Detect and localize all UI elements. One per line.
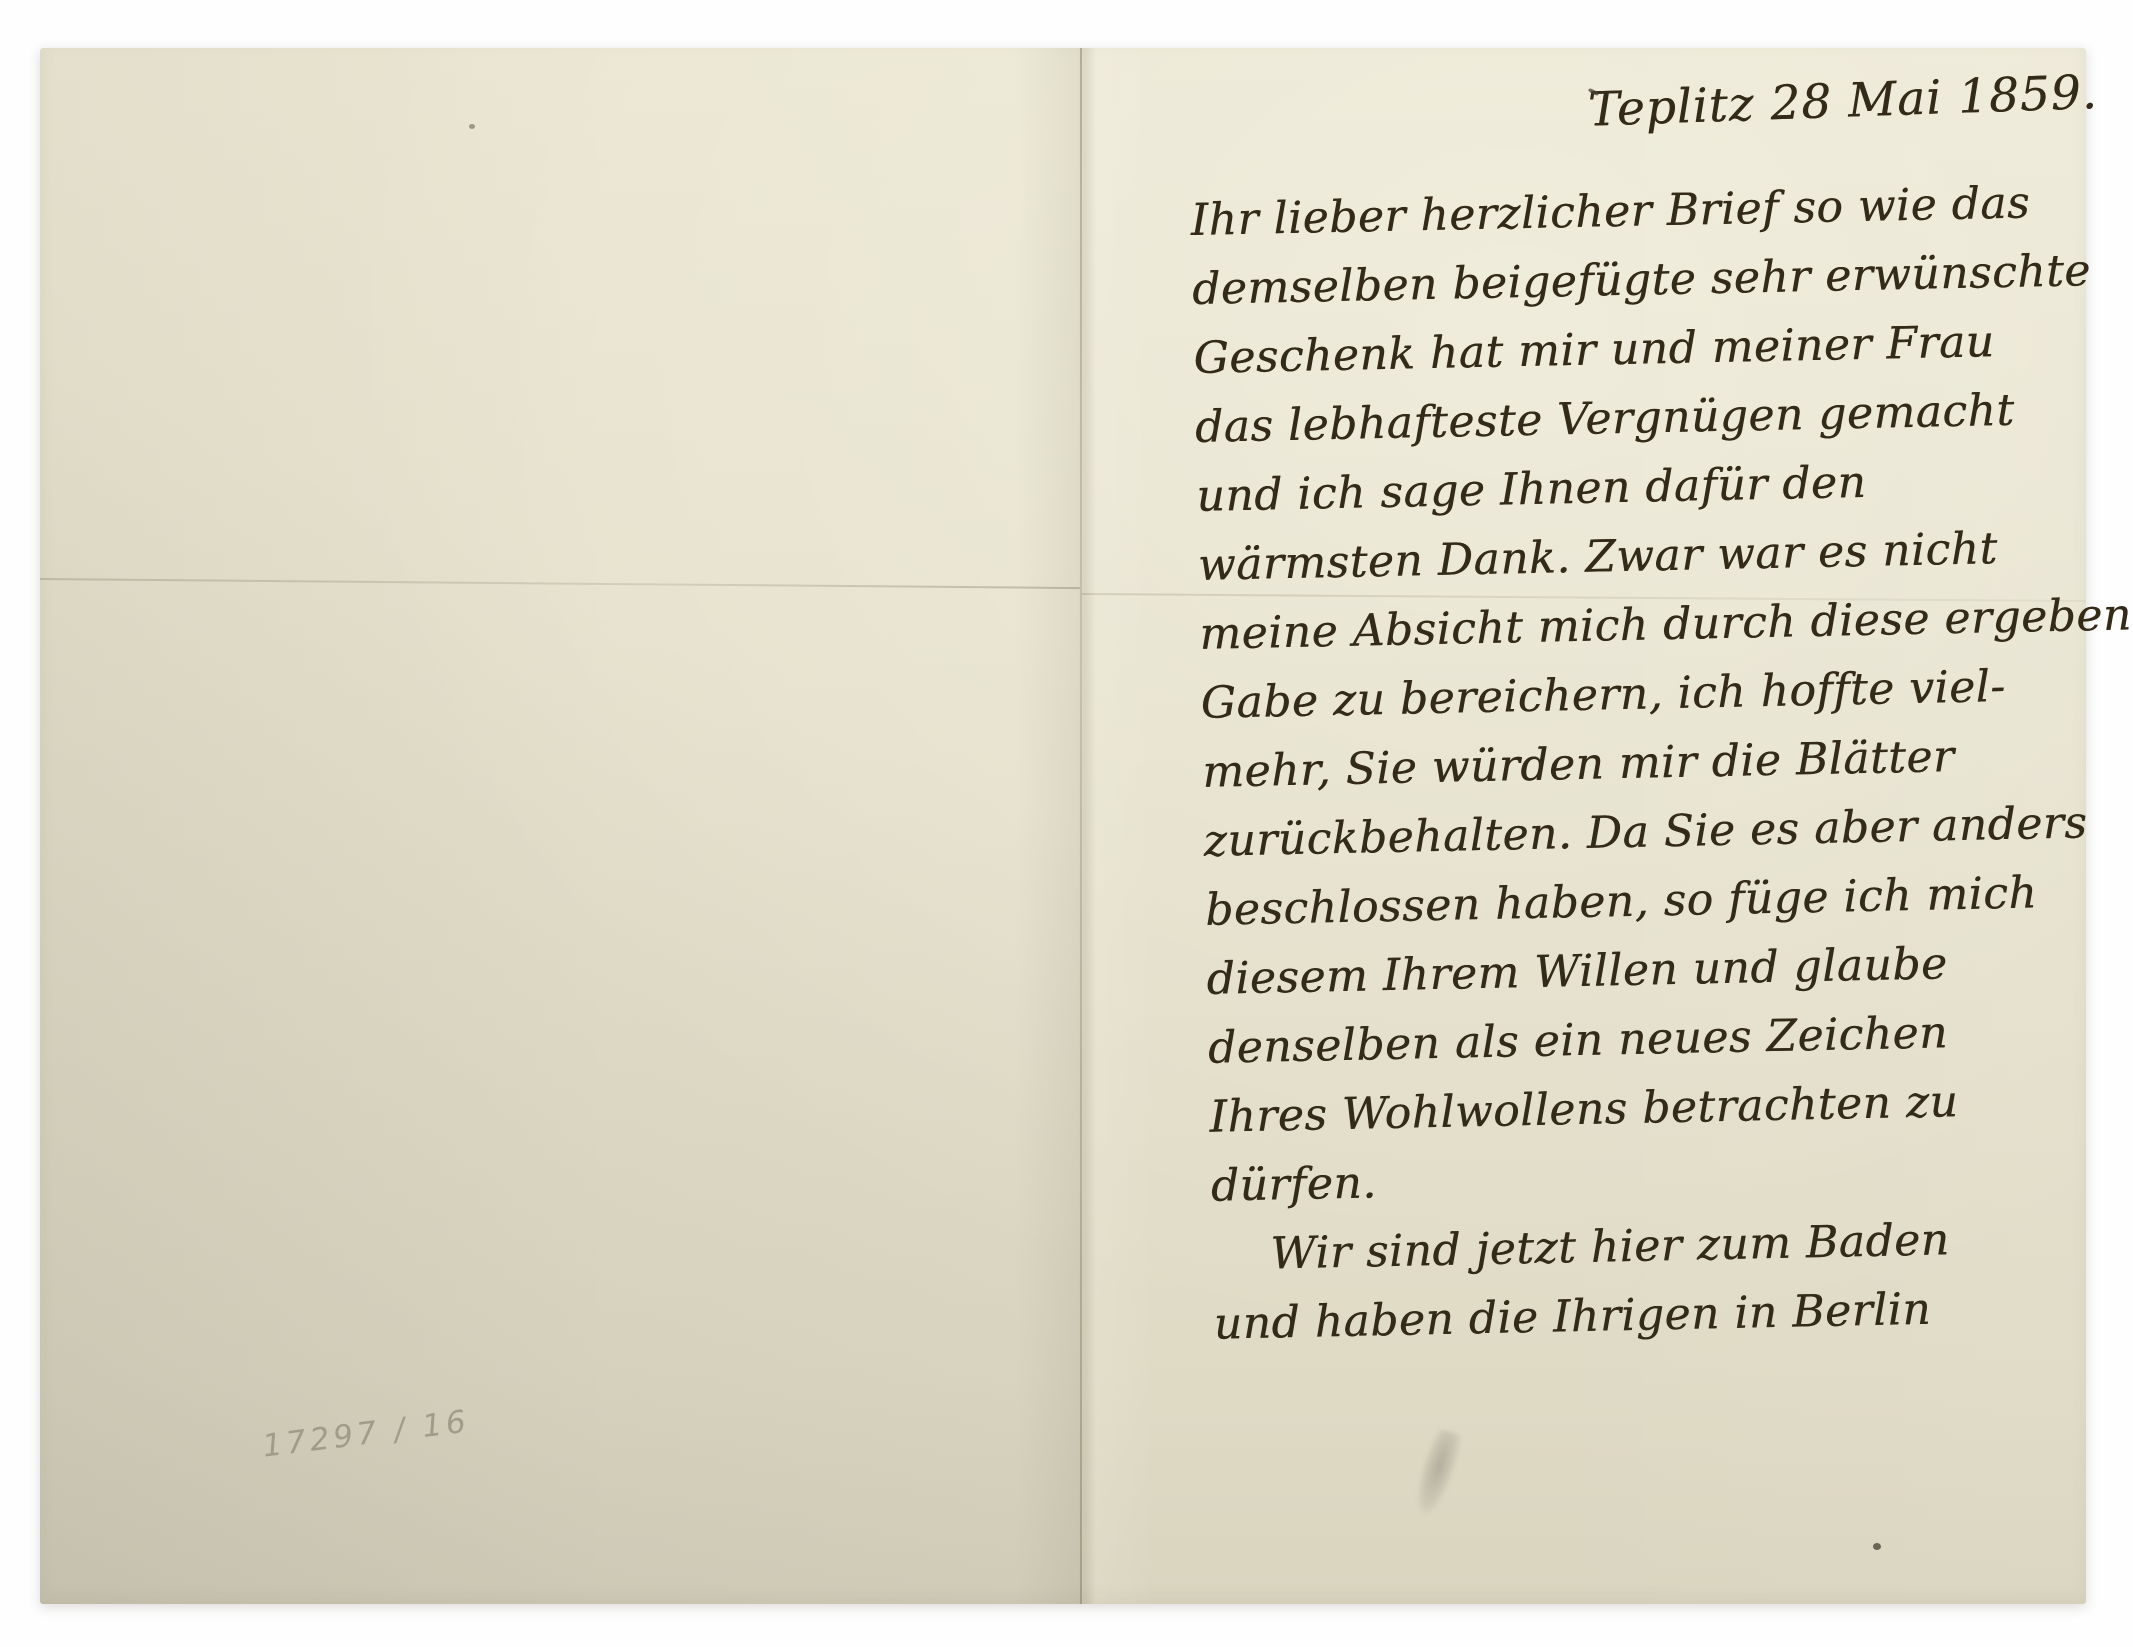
horizontal-fold-crease-left (40, 578, 1080, 589)
paper-speck (1873, 1543, 1881, 1550)
ink-smudge (1409, 1427, 1464, 1518)
blank-left-page (40, 48, 1080, 1604)
letter-body: Ihr lieber herzlicher Brief so wie das d… (1190, 168, 2094, 1359)
dateline: Teplitz 28 Mai 1859. (1587, 65, 2089, 137)
archive-number-pencil: 17297 / 16 (261, 1403, 472, 1464)
letter-photograph: Teplitz 28 Mai 1859. Ihr lieber herzlich… (0, 0, 2133, 1647)
center-fold-crease (1080, 48, 1082, 1604)
paper-speck (469, 124, 475, 129)
letter-sheet: Teplitz 28 Mai 1859. Ihr lieber herzlich… (40, 48, 2086, 1604)
center-fold-shading (1015, 48, 1155, 1604)
